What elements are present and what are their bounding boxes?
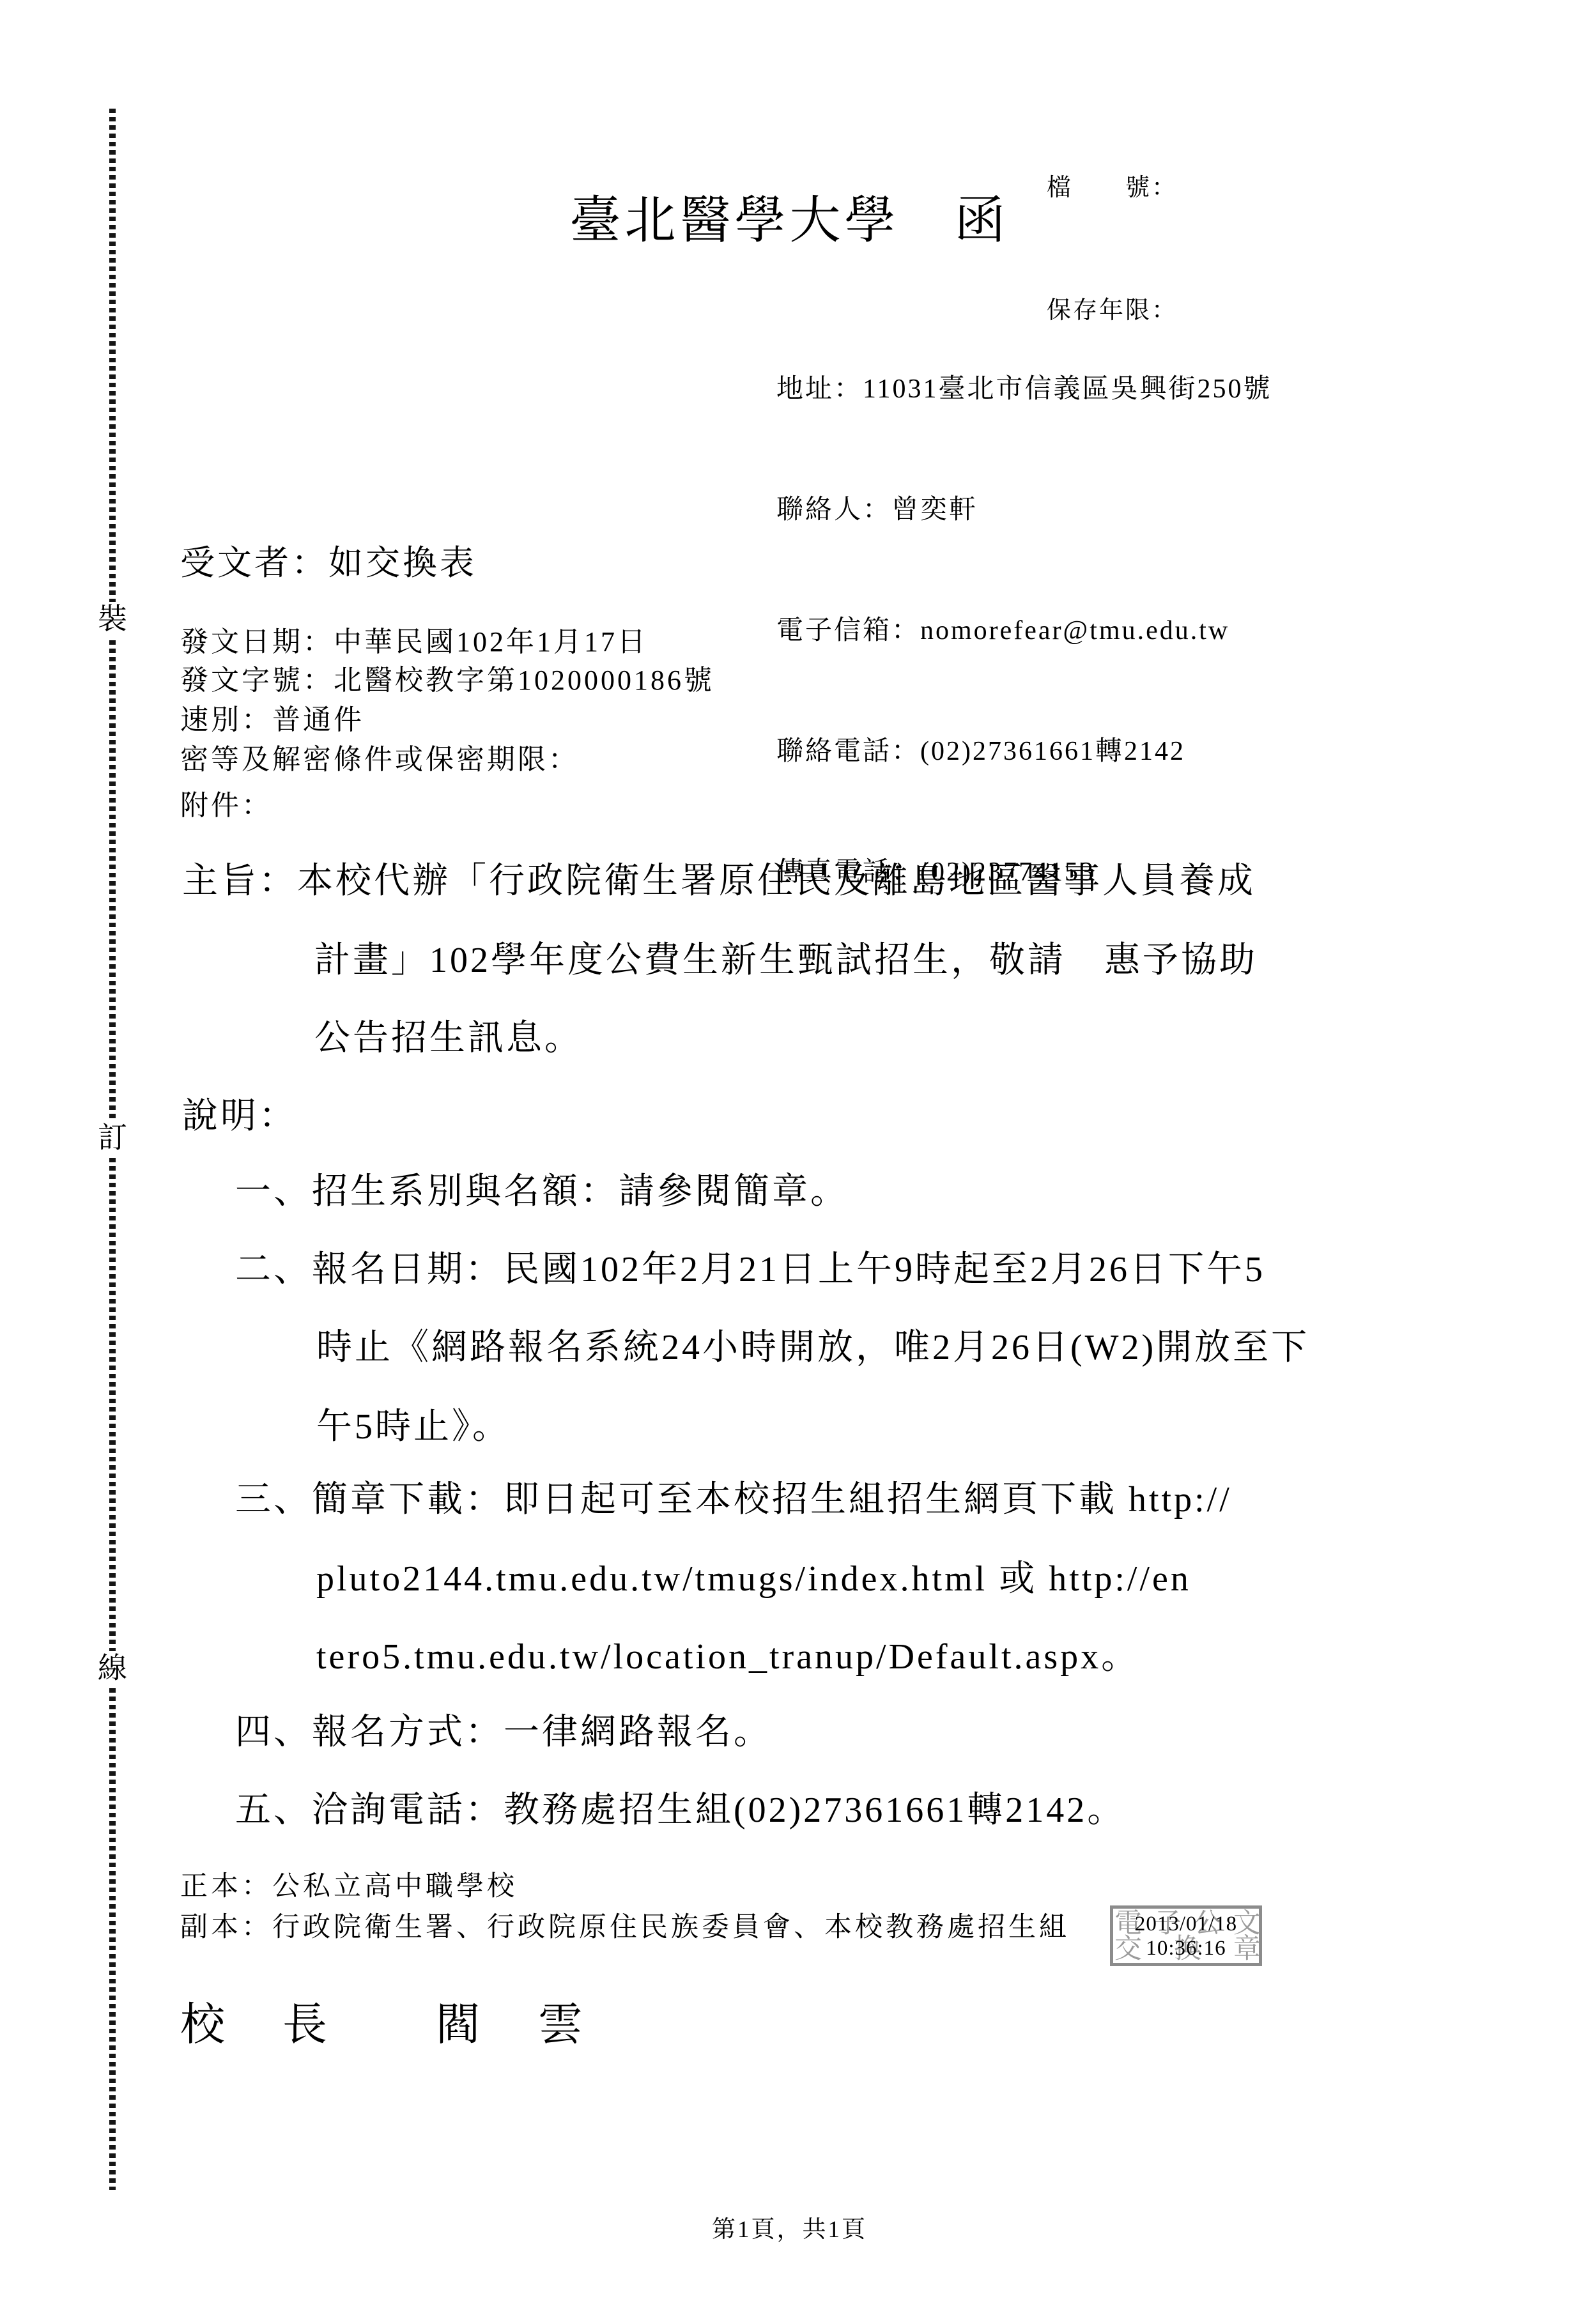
binding-dashed-line (109, 1688, 116, 2190)
sender-address: 地址：11031臺北市信義區吳興街250號 (776, 369, 1272, 410)
explanation-item-4: 四、報名方式：一律網路報名。 (235, 1704, 772, 1755)
sender-email: 電子信箱：nomorefear@tmu.edu.tw (776, 611, 1272, 651)
exchange-stamp: 電子公文 交換章 2013/01/18 10:36:16 (1110, 1905, 1262, 1966)
attachment-line: 附件： (180, 782, 272, 823)
subject-line-3: 公告招生訊息。 (314, 1010, 583, 1061)
sender-contact: 聯絡人：曾奕軒 (776, 490, 1272, 530)
explanation-item-2-line-2: 時止《網路報名系統24小時開放，唯2月26日(W2)開放至下 (316, 1319, 1309, 1370)
speed-line: 速別：普通件 (180, 696, 364, 737)
stamp-date: 2013/01/18 (1113, 1912, 1259, 1935)
copies-cc-line: 副本：行政院衛生署、行政院原住民族委員會、本校教務處招生組 (180, 1905, 1070, 1944)
explanation-item-2-line-1: 二、報名日期：民國102年2月21日上午9時起至2月26日下午5 (235, 1241, 1265, 1292)
security-line: 密等及解密條件或保密期限： (180, 736, 579, 777)
explanation-item-1: 一、招生系別與名額：請參閱簡章。 (235, 1163, 849, 1214)
copies-original-line: 正本：公私立高中職學校 (180, 1865, 518, 1904)
sender-phone: 聯絡電話：(02)27361661轉2142 (776, 732, 1272, 772)
binding-dashed-line (109, 640, 116, 1121)
subject-line-2: 計畫」102學年度公費生新生甄試招生，敬請 惠予協助 (314, 932, 1258, 983)
document-title: 臺北醫學大學 函 (0, 179, 1579, 252)
explanation-item-3-line-1: 三、簡章下載：即日起可至本校招生組招生網頁下載 http:// (235, 1471, 1232, 1522)
doc-number-line: 發文字號：北醫校教字第1020000186號 (180, 657, 714, 698)
explanation-item-2-line-3: 午5時止》。 (316, 1398, 511, 1449)
binding-dashed-line (109, 1158, 116, 1651)
explanation-item-5: 五、洽詢電話：教務處招生組(02)27361661轉2142。 (235, 1781, 1125, 1833)
page-footer: 第1頁，共1頁 (0, 2210, 1579, 2244)
subject-line-1: 主旨：本校代辦「行政院衛生署原住民及離島地區醫事人員養成 (182, 852, 1256, 904)
stamp-time: 10:36:16 (1113, 1937, 1259, 1960)
president-signature: 校 長 閻 雲 (180, 1989, 589, 2053)
explanation-item-3-line-2: pluto2144.tmu.edu.tw/tmugs/index.html 或 … (316, 1550, 1191, 1601)
issue-date-line: 發文日期：中華民國102年1月17日 (180, 619, 648, 659)
official-letter-page: 裝 訂 線 檔 號： 保存年限： 臺北醫學大學 函 地址：11031臺北市信義區… (0, 0, 1579, 2324)
binding-mark-bottom: 線 (96, 1652, 129, 1684)
recipient-line: 受文者：如交換表 (180, 535, 477, 585)
explanation-item-3-line-3: tero5.tmu.edu.tw/location_tranup/Default… (316, 1628, 1139, 1679)
explanation-heading: 說明： (182, 1088, 297, 1139)
binding-mark-middle: 訂 (96, 1122, 129, 1154)
binding-mark-top: 裝 (96, 603, 129, 635)
